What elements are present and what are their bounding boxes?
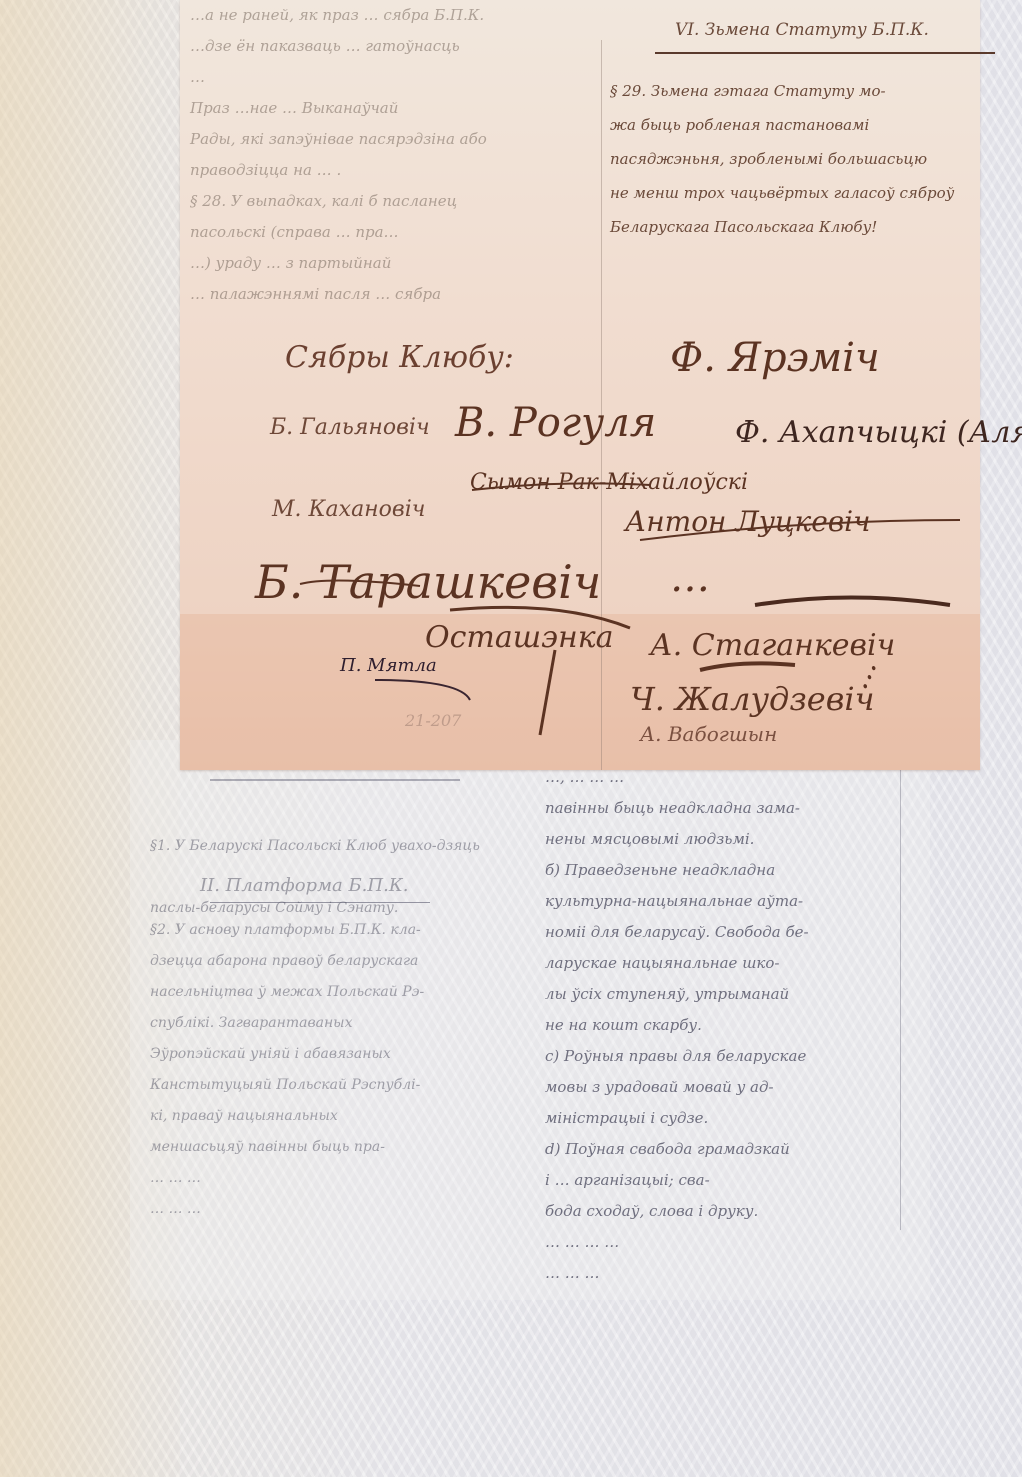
platform-heading: II. Платформа Б.П.К. [200,870,408,901]
lower-right-column: …, … … … павінны быць неадкладна зама- н… [545,762,925,1289]
lower-right-margin-line [900,770,902,1230]
platform-body: §2. У аснову платформы Б.П.К. кла- дзецц… [150,915,520,1225]
signature-flourishes [0,0,1022,800]
platform-heading-underline [210,902,430,903]
archive-number-mark: 21-207 [405,705,461,736]
lower-left-line-1: §1. У Беларускі Пасольскі Клюб увахо-дзя… [150,831,520,862]
